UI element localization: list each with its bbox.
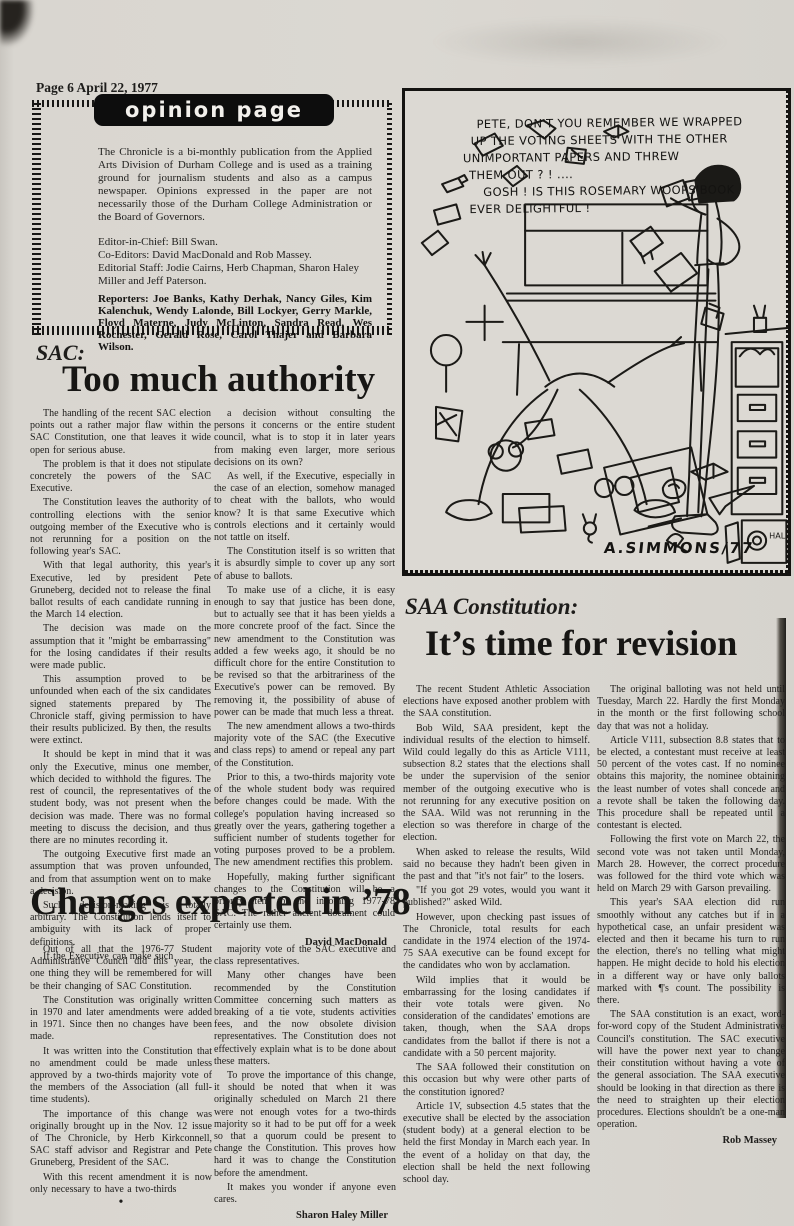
article-paragraph: It makes you wonder if anyone even cares…: [214, 1182, 396, 1206]
article-paragraph: With this recent amendment it is now onl…: [30, 1172, 212, 1196]
article-paragraph: The Constitution itself is so written th…: [214, 546, 395, 583]
masthead-box: opinion page The Chronicle is a bi-month…: [32, 98, 392, 335]
changes-column-1: Out of all that the 1976-77 Student Admi…: [30, 944, 212, 1208]
sac-column-2-text: a decision without consulting the person…: [214, 408, 395, 933]
article-paragraph: Out of all that the 1976-77 Student Admi…: [30, 944, 212, 993]
cartoon-caption-line: UP THE VOTING SHEETS WITH THE OTHER: [471, 130, 743, 150]
article-paragraph: Article 1V, subsection 4.5 states that t…: [403, 1101, 590, 1186]
article-paragraph: With that legal authority, this year's E…: [30, 560, 211, 621]
article-paragraph: Wild implies that it would be embarrassi…: [403, 975, 590, 1060]
cartoon-caption-line: GOSH ! IS THIS ROSEMARY WOOPS'BOOK: [483, 181, 743, 201]
changes-byline: Sharon Haley Miller: [214, 1210, 396, 1221]
co-editors-line: Co-Editors: David MacDonald and Rob Mass…: [98, 249, 372, 262]
article-paragraph: The original balloting was not held unti…: [597, 684, 785, 733]
article-paragraph: The Constitution was originally written …: [30, 995, 212, 1044]
article-paragraph: To prove the importance of this change, …: [214, 1070, 396, 1180]
article-paragraph: To make use of a cliche, it is easy enou…: [214, 585, 395, 719]
opinion-page-banner: opinion page: [94, 94, 334, 126]
changes-column-2: majority vote of the SAC executive and c…: [214, 944, 396, 1221]
article-paragraph: a decision without consulting the person…: [214, 408, 395, 469]
article-paragraph: The decision was made on the assumption …: [30, 623, 211, 672]
article-paragraph: It should be kept in mind that it was on…: [30, 749, 211, 847]
changes-column-1-text: Out of all that the 1976-77 Student Admi…: [30, 944, 212, 1196]
article-paragraph: The importance of this change was origin…: [30, 1109, 212, 1170]
page-corner-smudge: [0, 0, 34, 46]
saa-column-2: The original balloting was not held unti…: [597, 684, 785, 1146]
article-paragraph: The Constitution leaves the authority of…: [30, 497, 211, 558]
article-paragraph: Following the first vote on March 22, th…: [597, 834, 785, 895]
article-paragraph: "If you got 29 votes, would you want it …: [403, 885, 590, 909]
saa-kicker: SAA Constitution:: [405, 594, 578, 620]
saa-column-1: The recent Student Athletic Association …: [403, 684, 590, 1188]
saa-headline: It’s time for revision: [425, 622, 737, 664]
reporters-line: Reporters: Joe Banks, Kathy Derhak, Nanc…: [98, 293, 372, 353]
cartoon-border-bottom: [405, 570, 788, 576]
publication-statement: The Chronicle is a bi-monthly publicatio…: [98, 146, 372, 224]
cartoon-caption: PETE, DON'T YOU REMEMBER WE WRAPPEDUP TH…: [418, 113, 743, 218]
sac-column-2: a decision without consulting the person…: [214, 408, 395, 948]
article-paragraph: The SAA followed their constitution on t…: [403, 1062, 590, 1099]
article-paragraph: This year's SAA election did run smoothl…: [597, 897, 785, 1007]
article-paragraph: However, upon checking past issues of Th…: [403, 912, 590, 973]
masthead-content: The Chronicle is a bi-monthly publicatio…: [98, 146, 372, 353]
newspaper-page: Page 6 April 22, 1977 opinion page The C…: [0, 0, 794, 1226]
article-paragraph: When asked to release the results, Wild …: [403, 847, 590, 884]
masthead-border-left: [32, 100, 41, 335]
editorial-cartoon: PETE, DON'T YOU REMEMBER WE WRAPPEDUP TH…: [402, 88, 791, 576]
editorial-staff-line: Editorial Staff: Jodie Cairns, Herb Chap…: [98, 262, 372, 288]
saa-column-1-text: The recent Student Athletic Association …: [403, 684, 590, 1186]
article-paragraph: The recent Student Athletic Association …: [403, 684, 590, 721]
article-paragraph: It was written into the Constitution tha…: [30, 1046, 212, 1107]
article-paragraph: As well, if the Executive, especially in…: [214, 471, 395, 544]
article-paragraph: Prior to this, a two-thirds majority vot…: [214, 772, 395, 870]
article-paragraph: The handling of the recent SAC election …: [30, 408, 211, 457]
article-paragraph: majority vote of the SAC executive and c…: [214, 944, 396, 968]
article-paragraph: This assumption proved to be unfounded w…: [30, 674, 211, 747]
changes-headline: Changes expected in ’78: [30, 880, 410, 924]
column-end-dot: •: [30, 1198, 212, 1208]
article-paragraph: The SAA constitution is an exact, word-f…: [597, 1009, 785, 1131]
saa-column-2-text: The original balloting was not held unti…: [597, 684, 785, 1131]
changes-column-2-text: majority vote of the SAC executive and c…: [214, 944, 396, 1206]
banner-title: opinion page: [125, 98, 303, 122]
article-paragraph: The new amendment allows a two-thirds ma…: [214, 721, 395, 770]
sac-headline: Too much authority: [62, 358, 375, 401]
editor-in-chief-line: Editor-in-Chief: Bill Swan.: [98, 236, 372, 249]
cartoon-border-right: [786, 91, 791, 573]
masthead-border-right: [387, 100, 392, 335]
article-paragraph: Article V111, subsection 8.8 states that…: [597, 735, 785, 833]
article-paragraph: Bob Wild, SAA president, kept the indivi…: [403, 723, 590, 845]
saa-byline: Rob Massey: [597, 1135, 785, 1146]
article-paragraph: Many other changes have been recommended…: [214, 970, 396, 1068]
cartoon-caption-line: EVER DELIGHTFUL !: [469, 198, 743, 218]
cartoonist-signature: A.SIMMONS/77: [603, 539, 755, 557]
ink-bleed-smudge: [430, 18, 730, 66]
article-paragraph: The problem is that it does not stipulat…: [30, 459, 211, 496]
